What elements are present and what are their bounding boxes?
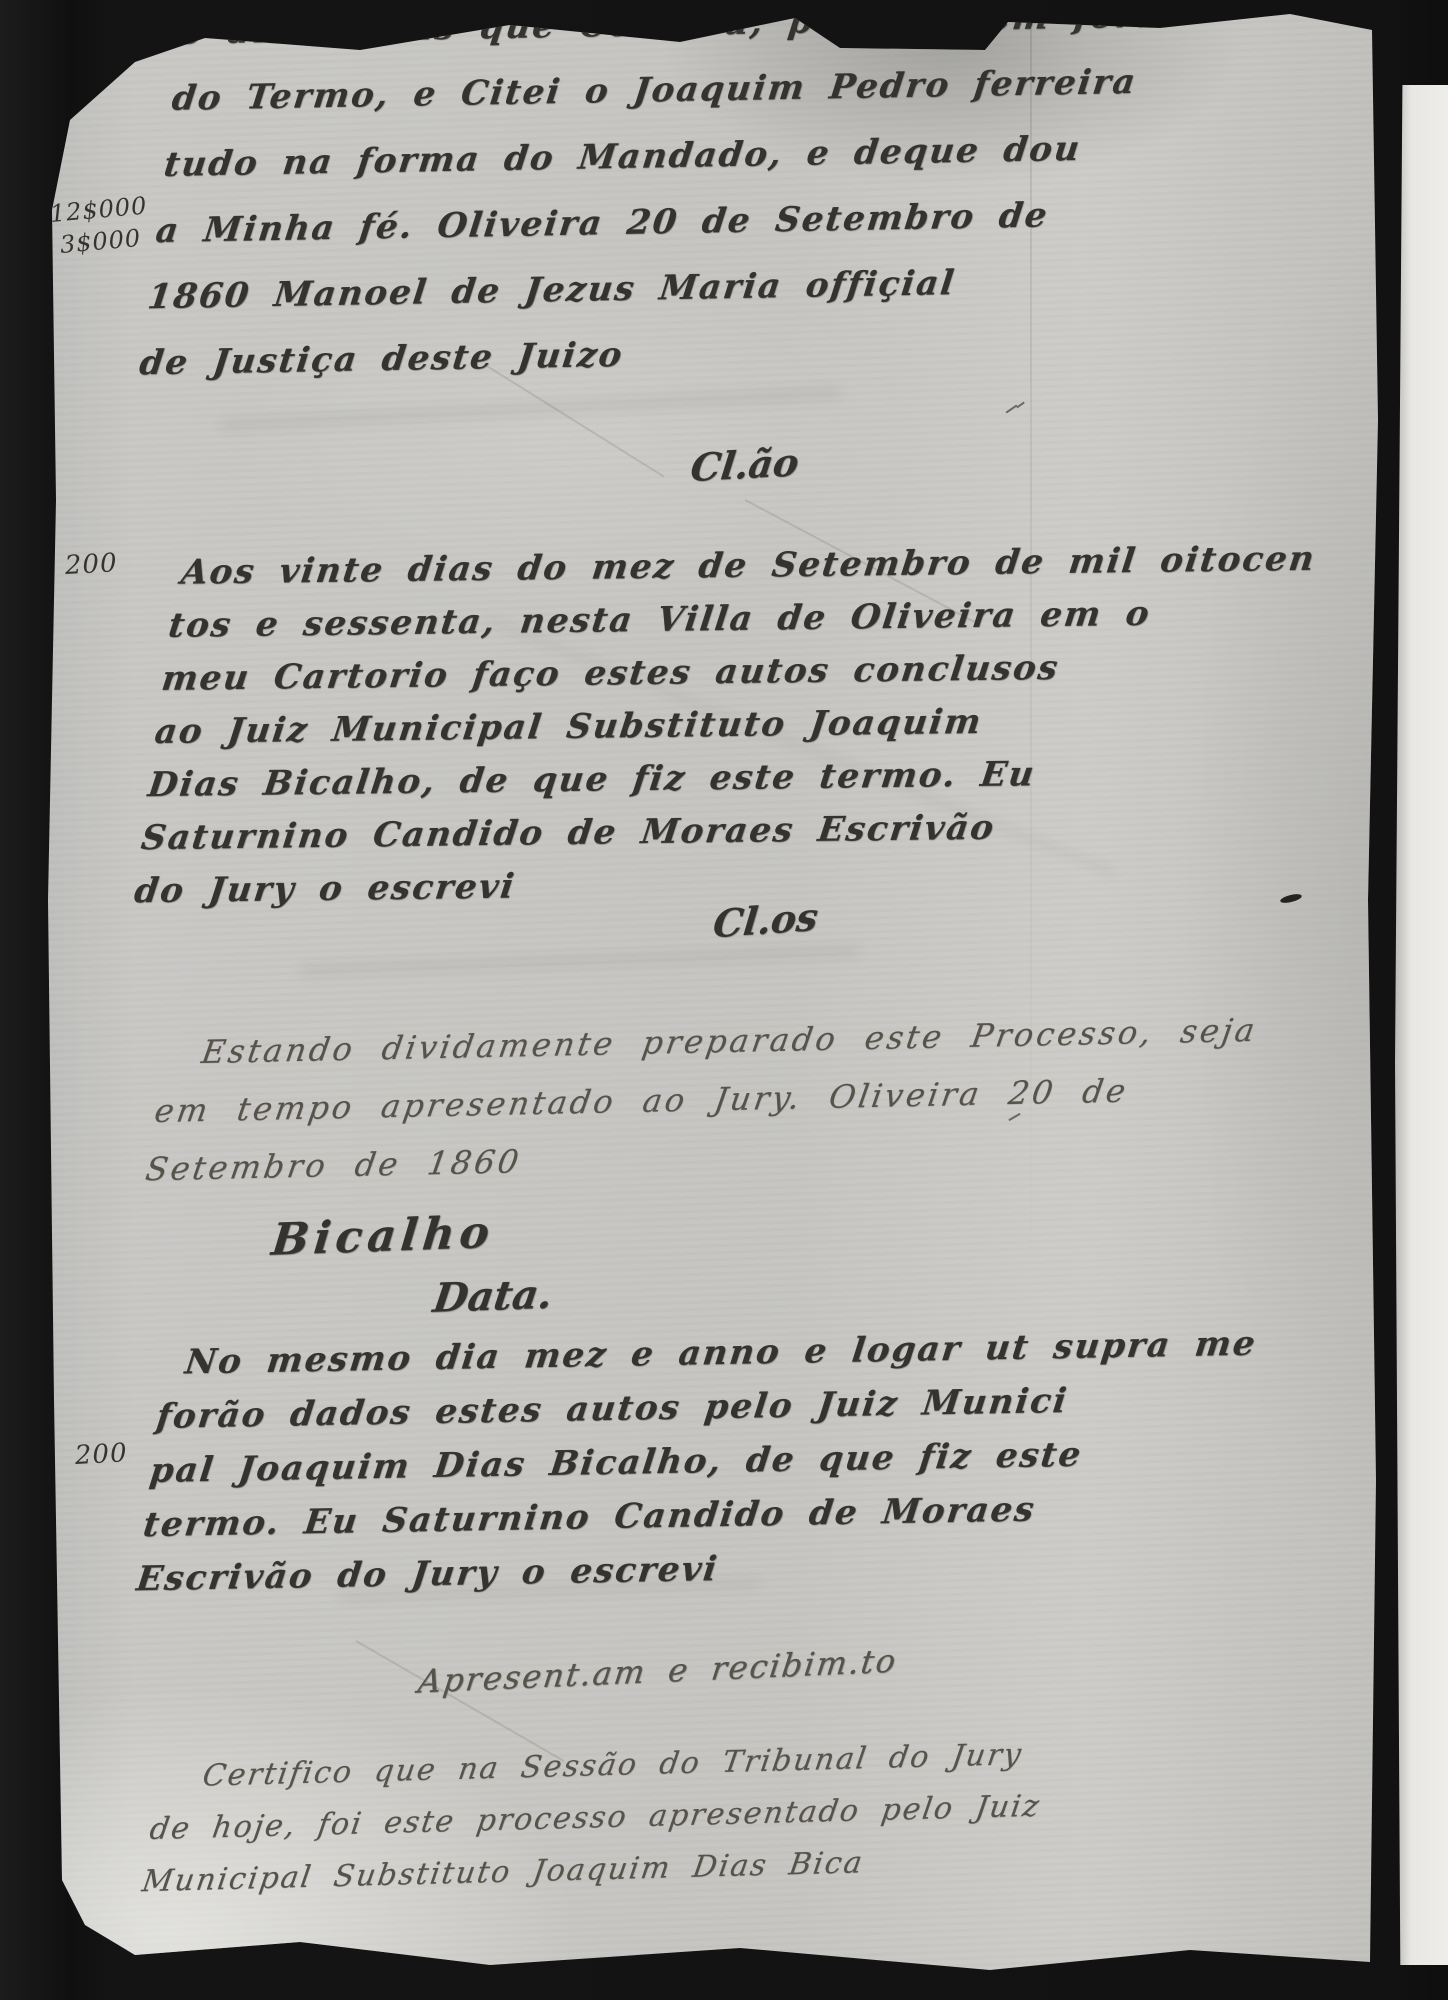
margin-fee-note: 12$000 bbox=[49, 192, 149, 228]
ink-blot bbox=[1279, 892, 1302, 904]
margin-fee-note: 3$000 bbox=[59, 224, 142, 259]
manuscript-page: e disse mais que Constou, por estarem fo… bbox=[40, 0, 1380, 1992]
certidao-apresentacao-text: Certifico que na Sessão do Tribunal do J… bbox=[138, 1728, 1052, 1908]
heading-apresentacao-recebimento: Apresent.am e recibim.to bbox=[380, 1640, 935, 1702]
heading-data: Data. bbox=[340, 1267, 646, 1325]
scanned-document-photo: e disse mais que Constou, por estarem fo… bbox=[0, 0, 1448, 2000]
heading-conclusao: Cl.ão bbox=[592, 434, 897, 495]
margin-cost-note: 200 bbox=[64, 548, 118, 581]
despacho-juiz-text: Estando dividamente preparado este Proce… bbox=[141, 1001, 1261, 1199]
certidao-oficial-justica-text: e disse mais que Constou, por estarem fo… bbox=[136, 0, 1164, 396]
next-page-edge bbox=[1395, 85, 1448, 1965]
termo-data-text: No mesmo dia mez e anno e logar ut supra… bbox=[133, 1317, 1260, 1607]
margin-cost-note: 200 bbox=[74, 1438, 128, 1471]
bleed-through-mark bbox=[300, 945, 860, 977]
pencil-mark bbox=[1016, 402, 1025, 409]
termo-conclusao-text: Aos vinte dias do mez de Setembro de mil… bbox=[131, 533, 1319, 919]
signature-bicalho: Bicalho bbox=[230, 1205, 535, 1267]
